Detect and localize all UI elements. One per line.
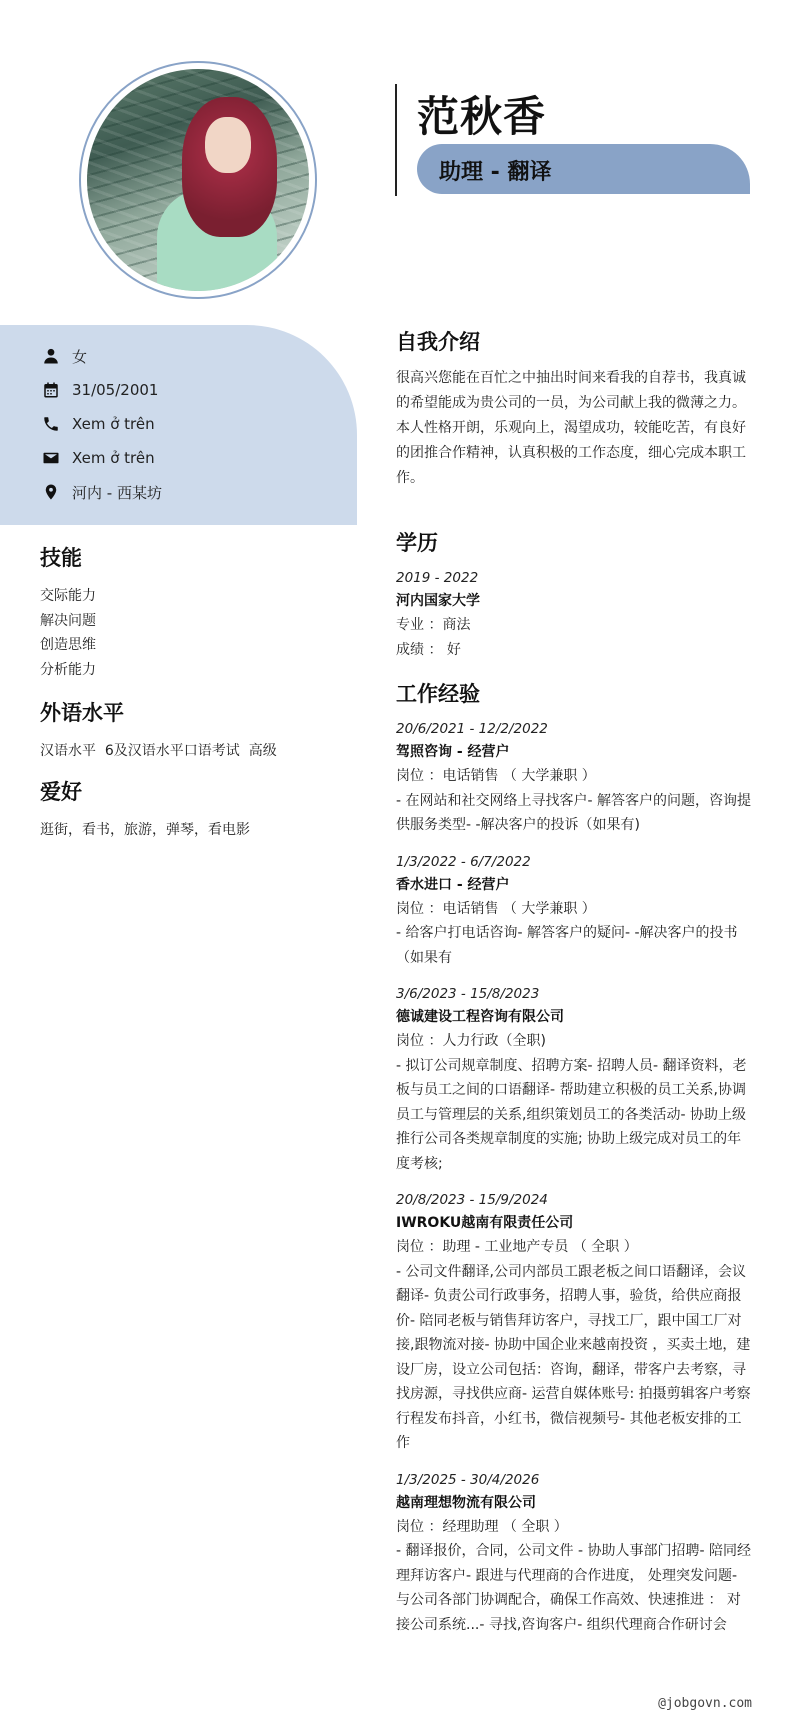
major: 专业 ：商法	[396, 613, 752, 638]
experience-section: 工作经验 20/6/2021 - 12/2/2022 驾照咨询 - 经营户 岗位…	[396, 678, 752, 1650]
job-period: 3/6/2023 - 15/8/2023	[396, 983, 752, 1005]
job-company: IWROKU越南有限责任公司	[396, 1211, 752, 1235]
candidate-name: 范秋香	[417, 84, 546, 144]
job-position: 岗位 ：电话销售 （ 大学兼职 ）	[396, 897, 752, 922]
contact-address: 河内 - 西某坊	[42, 480, 162, 504]
job-position: 岗位 ：助理 - 工业地产专员 （ 全职 ）	[396, 1235, 752, 1260]
job-description: - 在网站和社交网络上寻找客户- 解答客户的问题，咨询提供服务类型- -解决客户…	[396, 789, 752, 838]
gender-text: 女	[72, 346, 87, 367]
phone-icon	[42, 415, 60, 433]
skills-section: 技能 交际能力 解决问题 创造思维 分析能力	[40, 542, 340, 682]
job-company: 越南理想物流有限公司	[396, 1491, 752, 1515]
job-position: 岗位 ：经理助理 （ 全职 ）	[396, 1515, 752, 1540]
education-period: 2019 - 2022	[396, 567, 752, 589]
skill-item: 创造思维	[40, 633, 340, 658]
profile-photo	[87, 69, 309, 291]
phone-text: Xem ở trên	[72, 415, 155, 433]
skill-item: 分析能力	[40, 658, 340, 683]
job-entry: 1/3/2022 - 6/7/2022 香水进口 - 经营户 岗位 ：电话销售 …	[396, 851, 752, 971]
job-period: 20/6/2021 - 12/2/2022	[396, 718, 752, 740]
contact-phone: Xem ở trên	[42, 412, 155, 436]
grade: 成绩 ： 好	[396, 638, 752, 663]
languages-section: 外语水平 汉语水平 6及汉语水平口语考试 高级	[40, 697, 340, 764]
job-position: 岗位 ：电话销售 （ 大学兼职 ）	[396, 764, 752, 789]
job-entry: 1/3/2025 - 30/4/2026 越南理想物流有限公司 岗位 ：经理助理…	[396, 1469, 752, 1638]
hobbies-text: 逛街，看书，旅游，弹琴，看电影	[40, 818, 340, 843]
email-text: Xem ở trên	[72, 449, 155, 467]
intro-section: 自我介绍 很高兴您能在百忙之中抽出时间来看我的自荐书，我真诚的希望能成为贵公司的…	[396, 326, 752, 491]
job-title: 助理 - 翻译	[439, 155, 551, 186]
education-section: 学历 2019 - 2022 河内国家大学 专业 ：商法 成绩 ： 好	[396, 527, 752, 662]
person-icon	[42, 347, 60, 365]
education-title: 学历	[396, 527, 752, 557]
hobbies-title: 爱好	[40, 776, 340, 806]
hobbies-section: 爱好 逛街，看书，旅游，弹琴，看电影	[40, 776, 340, 843]
role-banner: 助理 - 翻译	[417, 144, 750, 194]
intro-text: 很高兴您能在百忙之中抽出时间来看我的自荐书，我真诚的希望能成为贵公司的一员，为公…	[396, 366, 752, 491]
language-item: 汉语水平 6及汉语水平口语考试 高级	[40, 739, 340, 764]
calendar-icon	[42, 381, 60, 399]
job-position: 岗位 ：人力行政（全职)	[396, 1029, 752, 1054]
languages-title: 外语水平	[40, 697, 340, 727]
birthday-text: 31/05/2001	[72, 381, 158, 399]
title-block: 范秋香 助理 - 翻译	[395, 84, 755, 196]
watermark: @jobgovn.com	[658, 1696, 752, 1711]
contact-gender: 女	[42, 344, 87, 368]
skill-item: 解决问题	[40, 609, 340, 634]
skills-title: 技能	[40, 542, 340, 572]
job-period: 1/3/2025 - 30/4/2026	[396, 1469, 752, 1491]
mail-icon	[42, 449, 60, 467]
job-description: - 公司文件翻译,公司内部员工跟老板之间口语翻译，会议翻译- 负责公司行政事务，…	[396, 1260, 752, 1456]
job-entry: 20/8/2023 - 15/9/2024 IWROKU越南有限责任公司 岗位 …	[396, 1189, 752, 1456]
job-period: 20/8/2023 - 15/9/2024	[396, 1189, 752, 1211]
profile-photo-frame	[79, 61, 317, 299]
contact-birthday: 31/05/2001	[42, 378, 158, 402]
job-entry: 3/6/2023 - 15/8/2023 德诚建设工程咨询有限公司 岗位 ：人力…	[396, 983, 752, 1176]
job-description: - 给客户打电话咨询- 解答客户的疑问- -解决客户的投书（如果有	[396, 921, 752, 970]
experience-title: 工作经验	[396, 678, 752, 708]
intro-title: 自我介绍	[396, 326, 752, 356]
job-company: 驾照咨询 - 经营户	[396, 740, 752, 764]
contact-email: Xem ở trên	[42, 446, 155, 470]
job-company: 香水进口 - 经营户	[396, 873, 752, 897]
job-description: - 拟订公司规章制度、招聘方案- 招聘人员- 翻译资料，老板与员工之间的口语翻译…	[396, 1054, 752, 1177]
location-icon	[42, 483, 60, 501]
skill-item: 交际能力	[40, 584, 340, 609]
job-period: 1/3/2022 - 6/7/2022	[396, 851, 752, 873]
job-entry: 20/6/2021 - 12/2/2022 驾照咨询 - 经营户 岗位 ：电话销…	[396, 718, 752, 838]
address-text: 河内 - 西某坊	[72, 482, 162, 503]
job-company: 德诚建设工程咨询有限公司	[396, 1005, 752, 1029]
job-description: - 翻译报价，合同，公司文件 - 协助人事部门招聘- 陪同经理拜访客户- 跟进与…	[396, 1539, 752, 1637]
school-name: 河内国家大学	[396, 589, 752, 613]
